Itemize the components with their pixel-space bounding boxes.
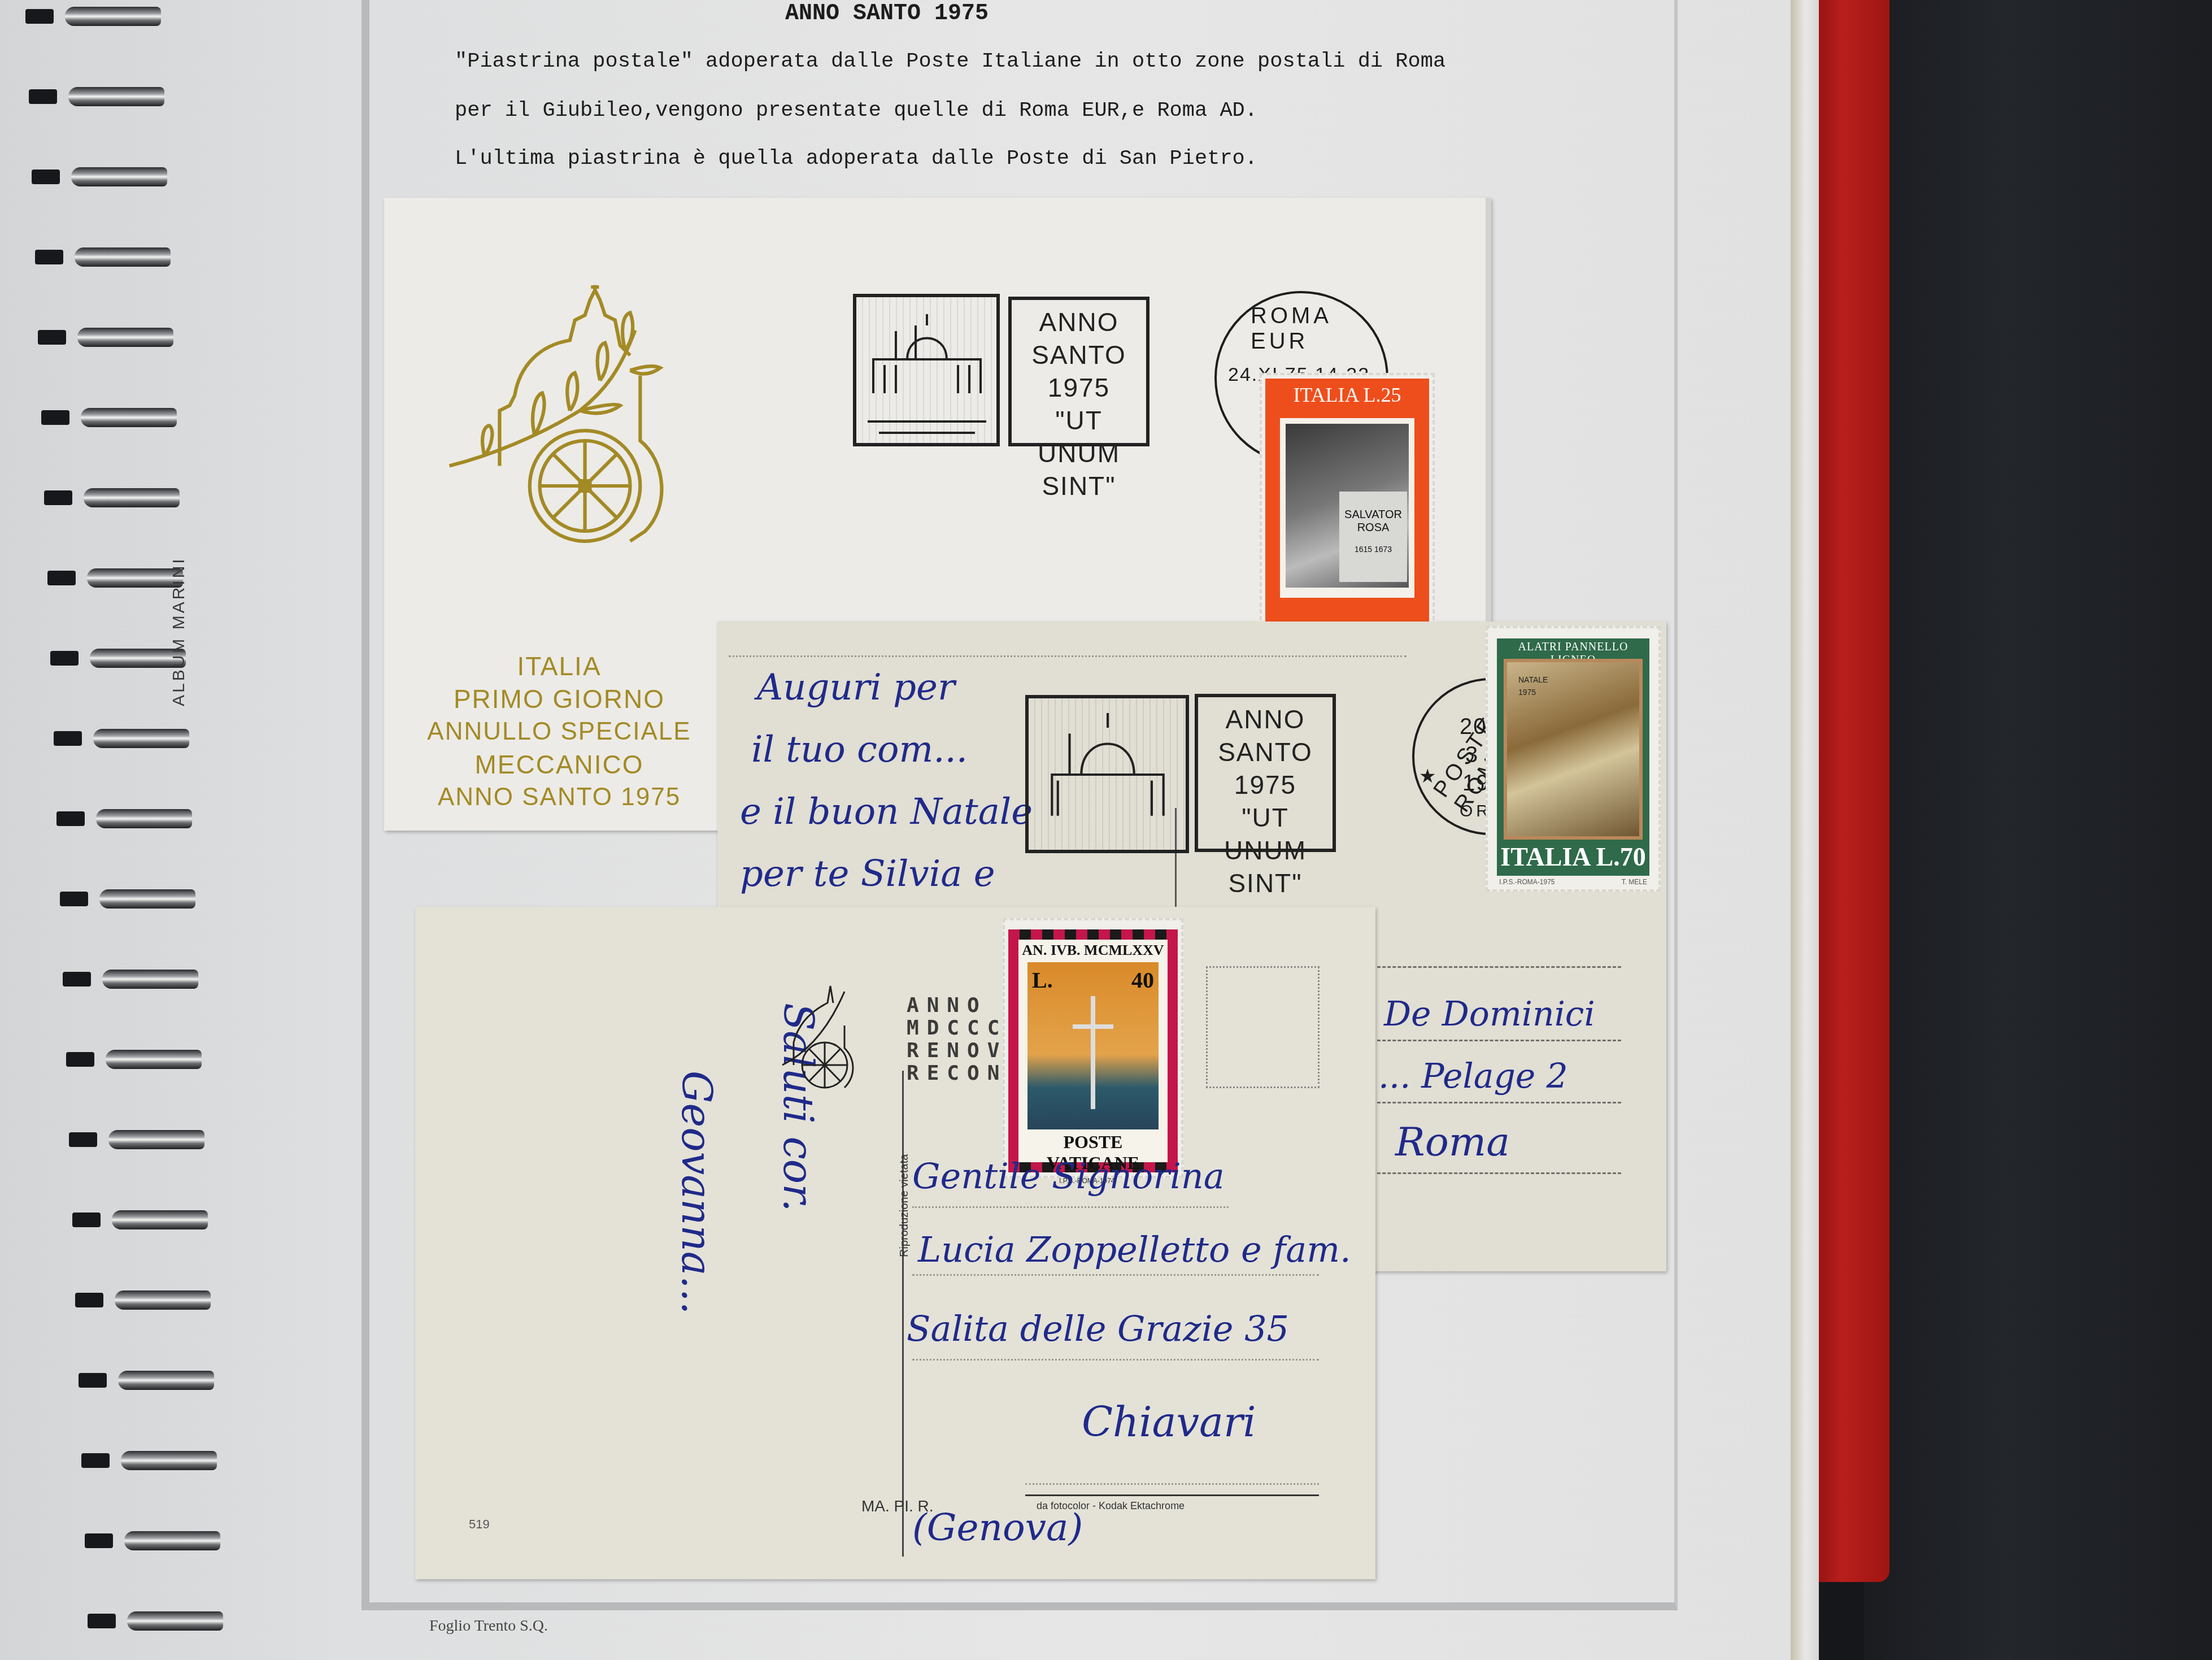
stamp-designer: T. MELE [1622,878,1647,886]
binding-wire [118,1371,214,1390]
binding-hole [25,9,54,24]
cachet-line: ANNO SANTO 1975 [401,781,717,814]
binding-hole [69,1132,97,1147]
stamp-country: ITALIA [1500,842,1590,871]
stamp-cross-icon [1091,996,1095,1109]
slogan-line: 1975 [1198,768,1333,801]
page-title: ANNO SANTO 1975 [785,1,989,27]
binding-wire [81,408,177,427]
stamp-caption-line: 1975 [1518,686,1548,698]
stamp-country-value: ITALIA L.70 [1497,842,1649,872]
slogan-line: SINT" [1198,867,1333,899]
stamp-value: L.25 [1364,384,1401,406]
stamp-cross-bar [1073,1024,1113,1029]
fdc-cachet-text: ITALIA PRIMO GIORNO ANNULLO SPECIALE MEC… [401,650,717,814]
album-red-cover [1810,0,1889,1582]
address-line [1367,1040,1621,1041]
binding-hole [85,1533,113,1548]
binding-hole [54,731,82,746]
page-footer: Foglio Trento S.Q. [429,1617,548,1635]
binding-hole [81,1453,110,1468]
address-underline [1025,1494,1319,1496]
binding-wire [87,568,183,588]
slogan-line: ANNO SANTO [1012,306,1146,371]
address-line [912,1274,1319,1276]
binding-hole [56,811,85,826]
stamp-mosaic-art: L. 40 [1027,962,1159,1129]
cachet-line: ANNULLO SPECIALE [401,715,717,748]
binding-wire [124,1531,220,1550]
address-line [1025,1483,1319,1485]
handwritten-address-line: Salita delle Grazie 35 [907,1308,1289,1349]
jubilee-logo-icon [777,980,861,1093]
handwritten-address-line: Lucia Zoppelletto e fam. [918,1229,1351,1270]
stamp-plaque: SALVATOR ROSA 1615 1673 [1339,492,1407,582]
description-line-3: L'ultima piastrina è quella adoperata da… [455,147,1257,171]
binding-wire [127,1611,223,1631]
binding-wire [106,1050,202,1069]
publisher-label: MA. PI. R. [861,1497,934,1515]
address-line [1367,1102,1621,1103]
binding-hole [79,1373,107,1388]
reproduction-note: Riproduzione vietata [898,1154,911,1257]
binding-hole [32,170,60,184]
cachet-line: PRIMO GIORNO [401,683,717,715]
basilica-cancel-icon [1025,695,1189,853]
slogan-cancel: ANNO SANTO 1975 "UT UNUM SINT" [1008,297,1149,446]
stamp-country-value: ITALIA L.25 [1265,383,1429,407]
slogan-line: SINT" [1012,470,1146,502]
binding-wire [65,7,161,26]
binding-hole [66,1052,94,1067]
stamp-value: L.70 [1596,842,1645,871]
binding-wire [77,328,173,347]
address-line [1367,1172,1621,1174]
slogan-cancel: ANNO SANTO 1975 "UT UNUM SINT" [1195,694,1336,852]
binding-wire [96,809,192,828]
slogan-line: "UT UNUM [1198,801,1333,867]
album-page: ALBUM MARINI ANNO SANTO 1975 "Piastrina … [0,0,1791,1660]
stamp-poste-vaticane[interactable]: AN. IVB. MCMLXXV L. 40 POSTE VATICANE I.… [1008,929,1178,1172]
basilica-cancel-icon [853,294,1000,446]
st-peters-basilica-icon [856,297,996,443]
stamp-years: 1615 1673 [1339,545,1407,554]
handwritten-signature: Geovanna... [673,1071,720,1314]
stamp-placement-box [1206,966,1320,1088]
stamp-imprint: I.P.S.-ROMA-1975 [1499,878,1555,886]
slogan-line: ANNO SANTO [1198,703,1333,768]
binding-wire [112,1210,208,1229]
stamp-header: AN. IVB. MCMLXXV [1018,942,1168,959]
handwritten-address-line: De Dominici [1384,994,1595,1034]
stamp-alatri-natale[interactable]: ALATRI PANNELLO LIGNEO NATALE 1975 ITALI… [1497,638,1649,876]
desk-background [1864,0,2212,1660]
slogan-line: "UT UNUM [1012,404,1146,470]
handwritten-address-line: ... Pelage 2 [1378,1057,1568,1096]
address-line [912,1206,1229,1208]
binding-wire [108,1130,204,1149]
binding-hole [29,89,57,104]
postmark-city: ROMA EUR [1251,303,1386,354]
postcard-divider [902,1071,904,1557]
binding-hole [63,972,91,987]
stamp-subject: SALVATOR [1339,509,1407,522]
stamp-caption: NATALE 1975 [1518,673,1548,698]
binding-hole [38,330,66,345]
postcard-vaticano[interactable]: Saluti cor. Geovanna... Riproduzione vie… [415,907,1375,1579]
binding-hole [35,250,63,264]
stamp-value: 40 [1131,967,1154,993]
handwritten-address-line: Gentile Signorina [912,1155,1225,1197]
handwritten-message-line: per te Silvia e [740,853,995,895]
binding-hole [75,1293,103,1307]
stamp-engraving: SALVATOR ROSA 1615 1673 [1286,424,1409,588]
slogan-line: 1975 [1012,371,1146,404]
binding-wire [84,488,180,507]
binding-wire [121,1451,217,1470]
handwritten-address-line: Roma [1395,1119,1510,1165]
cachet-line: MECCANICO [401,748,717,781]
card-number: 519 [469,1517,490,1532]
binding-wire [68,87,164,106]
handwritten-address-line: Chiavari [1082,1398,1256,1446]
stamp-subject: ROSA [1339,522,1407,534]
binding-hole [50,651,79,666]
stamp-nativity-art: NATALE 1975 [1504,659,1643,840]
binding-wire [75,247,171,267]
address-line [1367,966,1621,968]
handwritten-message-line: Auguri per [757,667,955,709]
binding-hole [44,490,72,505]
binding-wire [99,889,195,909]
stamp-salvator-rosa[interactable]: ITALIA L.25 SALVATOR ROSA 1615 1673 I.P.… [1265,379,1429,622]
binding-wire [93,729,189,748]
album-brand-label: ALBUM MARINI [169,537,189,706]
binding-hole [41,410,69,425]
stamp-caption-line: NATALE [1518,673,1548,686]
stamp-country: ITALIA [1293,384,1358,406]
binding-hole [88,1614,116,1628]
binding-hole [72,1213,101,1227]
cachet-line: ITALIA [401,650,717,683]
description-line-1: "Piastrina postale" adoperata dalle Post… [455,50,1445,73]
binding-hole [60,892,88,906]
star-icon: ★ [1419,765,1439,788]
description-line-2: per il Giubileo,vengono presentate quell… [455,99,1257,123]
dome-olive-branch-wheel-icon [429,254,700,627]
stamp-frame: AN. IVB. MCMLXXV L. 40 POSTE VATICANE [1018,940,1168,1162]
postcard-top-line [729,655,1407,657]
handwritten-address-line: (Genova) [912,1506,1083,1549]
binding-wire [115,1290,211,1310]
stamp-value-prefix: L. [1032,967,1053,993]
binding-wire [71,167,167,186]
address-line [912,1359,1319,1361]
photo-credit: da fotocolor - Kodak Ektachrome [1037,1500,1185,1512]
handwritten-message-line: e il buon Natale [740,791,1033,833]
binding-wire [102,970,198,989]
stamp-frame: SALVATOR ROSA 1615 1673 [1280,418,1414,598]
handwritten-message-line: il tuo com... [751,729,968,771]
binding-hole [47,571,76,585]
st-peters-basilica-icon [1029,698,1186,850]
